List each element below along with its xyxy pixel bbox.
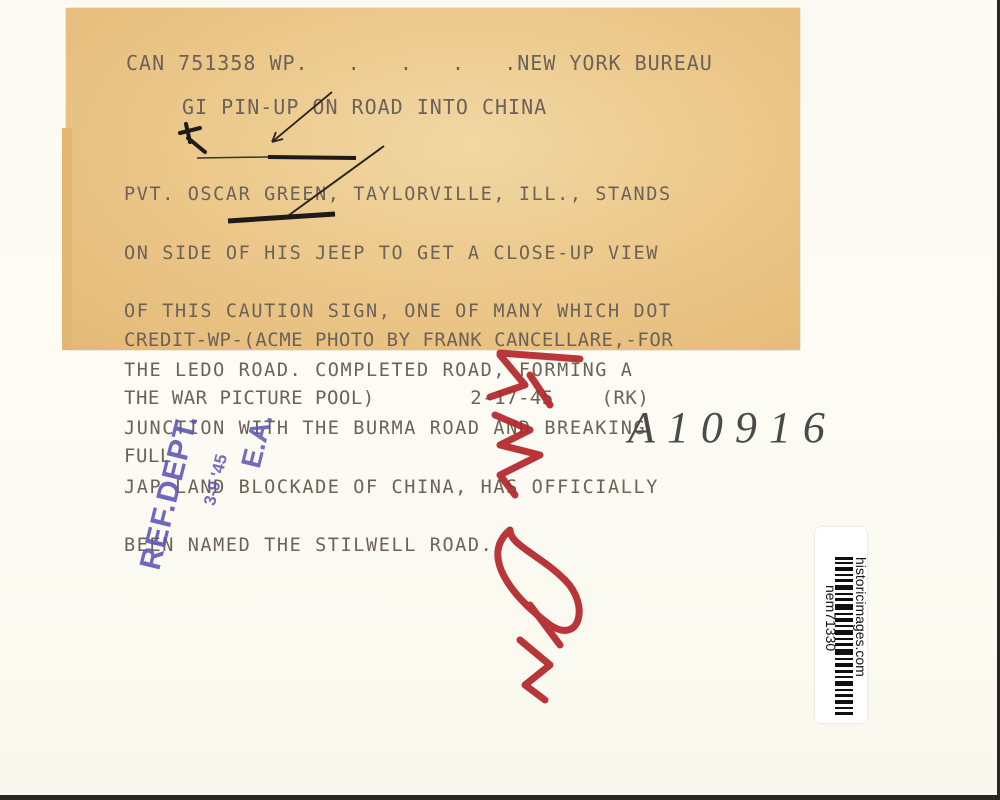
caption-header-line: CAN 751358 WP. . . . .NEW YORK BUREAU [126, 54, 713, 74]
red-crayon-note: Nsh Clare [470, 345, 630, 705]
label-edge [62, 128, 72, 350]
stamp-department: REF.DEPT. [134, 411, 205, 574]
photo-back: CAN 751358 WP. . . . .NEW YORK BUREAU GI… [0, 0, 997, 795]
archive-number: A10916 [628, 402, 837, 453]
caption-headline: GI PIN-UP ON ROAD INTO CHINA [182, 98, 547, 118]
caption-body-line: PVT. OSCAR GREEN, TAYLORVILLE, ILL., STA… [124, 185, 672, 205]
caption-body-line: ON SIDE OF HIS JEEP TO GET A CLOSE-UP VI… [124, 244, 672, 264]
barcode-label: historicimages.com nem71330 [815, 527, 867, 723]
stamp-date: 3-9 '45 [200, 452, 232, 508]
barcode-site: historicimages.com [853, 557, 869, 677]
stamp-initials: E.A. [235, 411, 279, 472]
caption-label: CAN 751358 WP. . . . .NEW YORK BUREAU GI… [66, 8, 800, 350]
ref-dept-stamp: REF.DEPT. 3-9 '45 E.A. [120, 395, 300, 605]
barcode-code: nem71330 [823, 585, 839, 651]
